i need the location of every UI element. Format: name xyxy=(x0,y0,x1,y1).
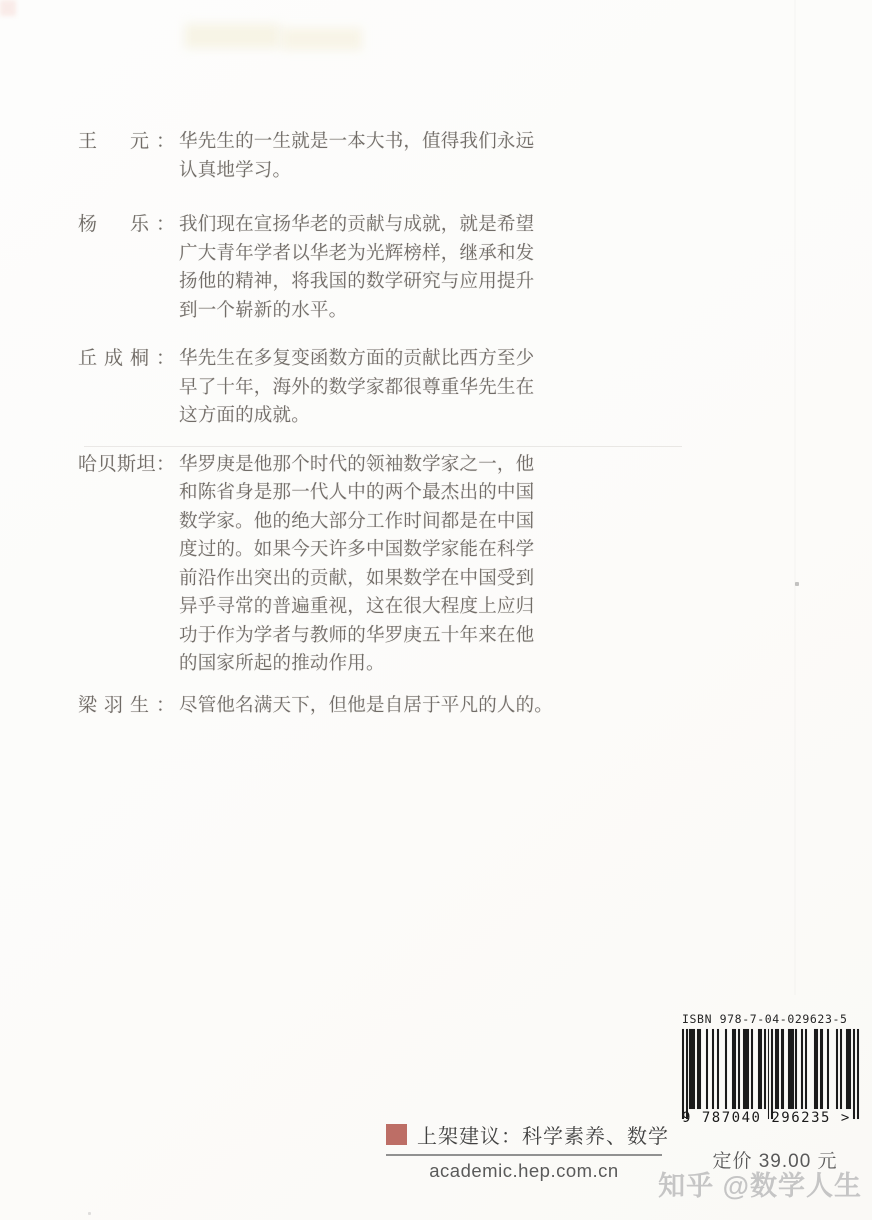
quote-text: 华罗庚是他那个时代的领袖数学家之一，他和陈省身是那一代人中的两个最杰出的中国数学… xyxy=(179,451,559,679)
shelf-suggestion: 上架建议：科学素养、数学 academic.hep.com.cn xyxy=(386,1120,662,1182)
quote-author: 丘成桐： xyxy=(78,345,175,374)
quote-text: 华先生在多复变函数方面的贡献比西方至少早了十年，海外的数学家都很尊重华先生在这方… xyxy=(179,345,559,431)
quote-text: 华先生的一生就是一本大书，值得我们永远认真地学习。 xyxy=(179,128,559,185)
endorsement-quotes: 王 元：华先生的一生就是一本大书，值得我们永远认真地学习。杨 乐：我们现在宣扬华… xyxy=(78,128,568,740)
scan-speck xyxy=(88,1212,91,1215)
scan-crease-line xyxy=(794,0,796,995)
barcode-bars xyxy=(682,1029,860,1109)
quote-item: 杨 乐：我们现在宣扬华老的贡献与成就，就是希望广大青年学者以华老为光辉榜样，继承… xyxy=(78,211,568,325)
quote-text: 我们现在宣扬华老的贡献与成就，就是希望广大青年学者以华老为光辉榜样，继承和发扬他… xyxy=(179,211,559,325)
barcode-module xyxy=(857,1029,859,1119)
quote-item: 丘成桐：华先生在多复变函数方面的贡献比西方至少早了十年，海外的数学家都很尊重华先… xyxy=(78,345,568,431)
quote-item: 哈贝斯坦：华罗庚是他那个时代的领袖数学家之一，他和陈省身是那一代人中的两个最杰出… xyxy=(78,451,568,679)
show-through-smudge xyxy=(282,28,362,50)
square-bullet-icon xyxy=(386,1124,407,1145)
shelf-suggestion-label: 上架建议：科学素养、数学 xyxy=(417,1120,669,1149)
book-back-cover: 王 元：华先生的一生就是一本大书，值得我们永远认真地学习。杨 乐：我们现在宣扬华… xyxy=(0,0,872,1220)
divider-line xyxy=(386,1154,662,1156)
quote-item: 梁羽生：尽管他名满天下，但他是自居于平凡的人的。 xyxy=(78,692,568,721)
zhihu-watermark: 知乎 @数学人生 xyxy=(658,1164,862,1203)
scan-corner-artifact xyxy=(0,0,16,16)
quote-text: 尽管他名满天下，但他是自居于平凡的人的。 xyxy=(179,692,559,721)
publisher-website: academic.hep.com.cn xyxy=(386,1160,662,1182)
faint-divider-line xyxy=(84,446,682,447)
isbn-barcode: ISBN 978-7-04-029623-5 9 787040 296235 > xyxy=(682,1012,860,1126)
quote-author: 杨 乐： xyxy=(78,211,175,240)
isbn-number: ISBN 978-7-04-029623-5 xyxy=(682,1012,860,1026)
quote-author: 哈贝斯坦： xyxy=(78,451,175,480)
show-through-smudge xyxy=(185,24,280,48)
quote-author: 王 元： xyxy=(78,128,175,157)
scan-speck xyxy=(795,582,799,586)
quote-author: 梁羽生： xyxy=(78,692,175,721)
quote-item: 王 元：华先生的一生就是一本大书，值得我们永远认真地学习。 xyxy=(78,128,568,185)
shelf-suggestion-row: 上架建议：科学素养、数学 xyxy=(386,1120,662,1149)
